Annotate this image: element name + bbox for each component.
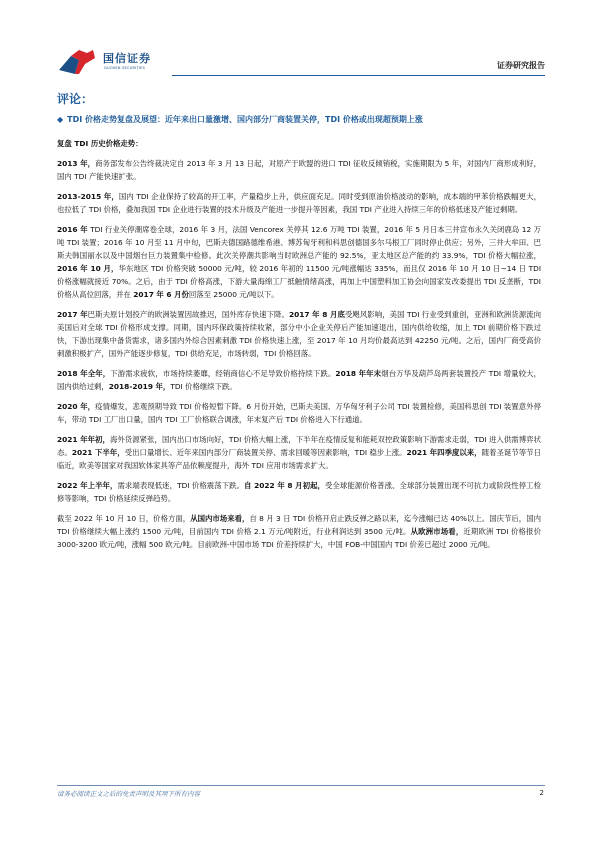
footer-disclaimer: 请务必阅读正文之后的免责声明及其项下所有内容 (57, 789, 200, 798)
subheading: 复盘 TDI 历史价格走势： (57, 137, 541, 150)
paragraph-lead: 2013-2015 年， (57, 192, 119, 201)
paragraph-text: TDI 价格继续下跌。 (170, 382, 236, 391)
section-bullet-heading: ◆TDI 价格走势复盘及展望：近年来出口量激增、国内部分厂商装置关停，TDI 价… (57, 114, 547, 125)
header-divider (172, 75, 545, 76)
page-header: 国信证券 GUOSEN SECURITIES 证券研究报告 (57, 46, 545, 78)
paragraph-2017: 2017 年巴斯夫原计划投产的欧洲装置因故推迟，国外库存快速下降。2017 年 … (57, 308, 541, 360)
paragraph-emphasis: 2021 年四季度以来， (407, 448, 482, 457)
paragraph-emphasis: 从国内市场来看， (190, 514, 249, 523)
paragraph-2022-oct: 截至 2022 年 10 月 10 日，价格方面，从国内市场来看，自 8 月 3… (57, 512, 541, 551)
paragraph-lead: 2021 年年初， (57, 435, 110, 444)
logo-chinese-name: 国信证券 (103, 50, 151, 66)
report-type-label: 证券研究报告 (497, 60, 545, 71)
paragraph-emphasis: 2018 年年末 (335, 369, 381, 378)
section-title: 评论： (57, 90, 93, 107)
paragraph-lead: 2018 年全年， (57, 369, 110, 378)
paragraph-text: 国内 TDI 企业保持了较高的开工率，产量稳步上升，供应面充足。同时受到原油价格… (57, 192, 541, 214)
paragraph-2022-h1: 2022 年上半年，需求端表现低迷，TDI 价格震荡下跌。自 2022 年 8 … (57, 479, 541, 505)
paragraph-lead: 2017 年 (57, 310, 88, 319)
paragraph-2013: 2013 年，商务部发布公告终裁决定自 2013 年 3 月 13 日起，对原产… (57, 157, 541, 183)
paragraph-emphasis: 2021 下半年， (72, 448, 125, 457)
paragraph-emphasis: 自 2022 年 8 月初起， (244, 481, 325, 490)
paragraph-lead: 2020 年， (57, 402, 95, 411)
paragraph-emphasis: 2016 年 10 月， (57, 264, 118, 273)
paragraph-emphasis: 2017 年 6 月份 (133, 290, 189, 299)
bullet-heading-text: TDI 价格走势复盘及展望：近年来出口量激增、国内部分厂商装置关停，TDI 价格… (67, 115, 423, 124)
paragraph-2021: 2021 年年初，海外货源紧张，国内出口市场向好，TDI 价格大幅上涨，下半年在… (57, 433, 541, 472)
paragraph-2018: 2018 年全年，下游需求疲软，市场持续萎靡，经销商信心不足导致价格持续下跌。2… (57, 367, 541, 393)
paragraph-text: 华东地区 TDI 价格突破 50000 元/吨，较 2016 年初的 11500… (57, 264, 541, 299)
paragraph-text: TDI 行业关停潮席卷全球，2016 年 3 月，法国 Vencorex 关停其… (57, 225, 541, 260)
paragraph-text: 疫情爆发，悲观预期导致 TDI 价格短暂下降。6 月份开始，巴斯夫美国、万华匈牙… (57, 402, 541, 424)
paragraph-text: 商务部发布公告终裁决定自 2013 年 3 月 13 日起，对原产于欧盟的进口 … (57, 159, 541, 181)
paragraph-text: 回落至 25000 元/吨以下。 (189, 290, 279, 299)
logo-english-name: GUOSEN SECURITIES (104, 66, 145, 70)
paragraph-lead: 2016 年 (57, 225, 88, 234)
paragraph-text: 下游需求疲软，市场持续萎靡，经销商信心不足导致价格持续下跌。 (110, 369, 335, 378)
paragraph-2020: 2020 年，疫情爆发，悲观预期导致 TDI 价格短暂下降。6 月份开始，巴斯夫… (57, 400, 541, 426)
diamond-bullet-icon: ◆ (57, 115, 63, 124)
paragraph-emphasis: 2018-2019 年， (109, 382, 171, 391)
page-number: 2 (540, 789, 544, 797)
article-body: 复盘 TDI 历史价格走势： 2013 年，商务部发布公告终裁决定自 2013 … (57, 137, 541, 558)
paragraph-text: 截至 2022 年 10 月 10 日，价格方面， (57, 514, 190, 523)
paragraph-text: 需求端表现低迷，TDI 价格震荡下跌。 (117, 481, 244, 490)
guosen-logo-icon (57, 50, 101, 74)
paragraph-2013-2015: 2013-2015 年，国内 TDI 企业保持了较高的开工率，产量稳步上升，供应… (57, 190, 541, 216)
paragraph-2016: 2016 年 TDI 行业关停潮席卷全球，2016 年 3 月，法国 Venco… (57, 223, 541, 301)
paragraph-text: 巴斯夫原计划投产的欧洲装置因故推迟，国外库存快速下降。 (88, 310, 289, 319)
guosen-logo: 国信证券 GUOSEN SECURITIES (57, 46, 167, 78)
paragraph-emphasis: 2017 年 8 月底 (289, 310, 345, 319)
paragraph-emphasis: 从欧洲市场看， (411, 527, 464, 536)
paragraph-lead: 2022 年上半年， (57, 481, 117, 490)
footer-divider (57, 785, 545, 786)
paragraph-lead: 2013 年， (57, 159, 95, 168)
paragraph-text: 受出口量增长、近年来国内部分厂商装置关停、需求回暖等因素影响，TDI 稳步上涨。 (125, 448, 407, 457)
